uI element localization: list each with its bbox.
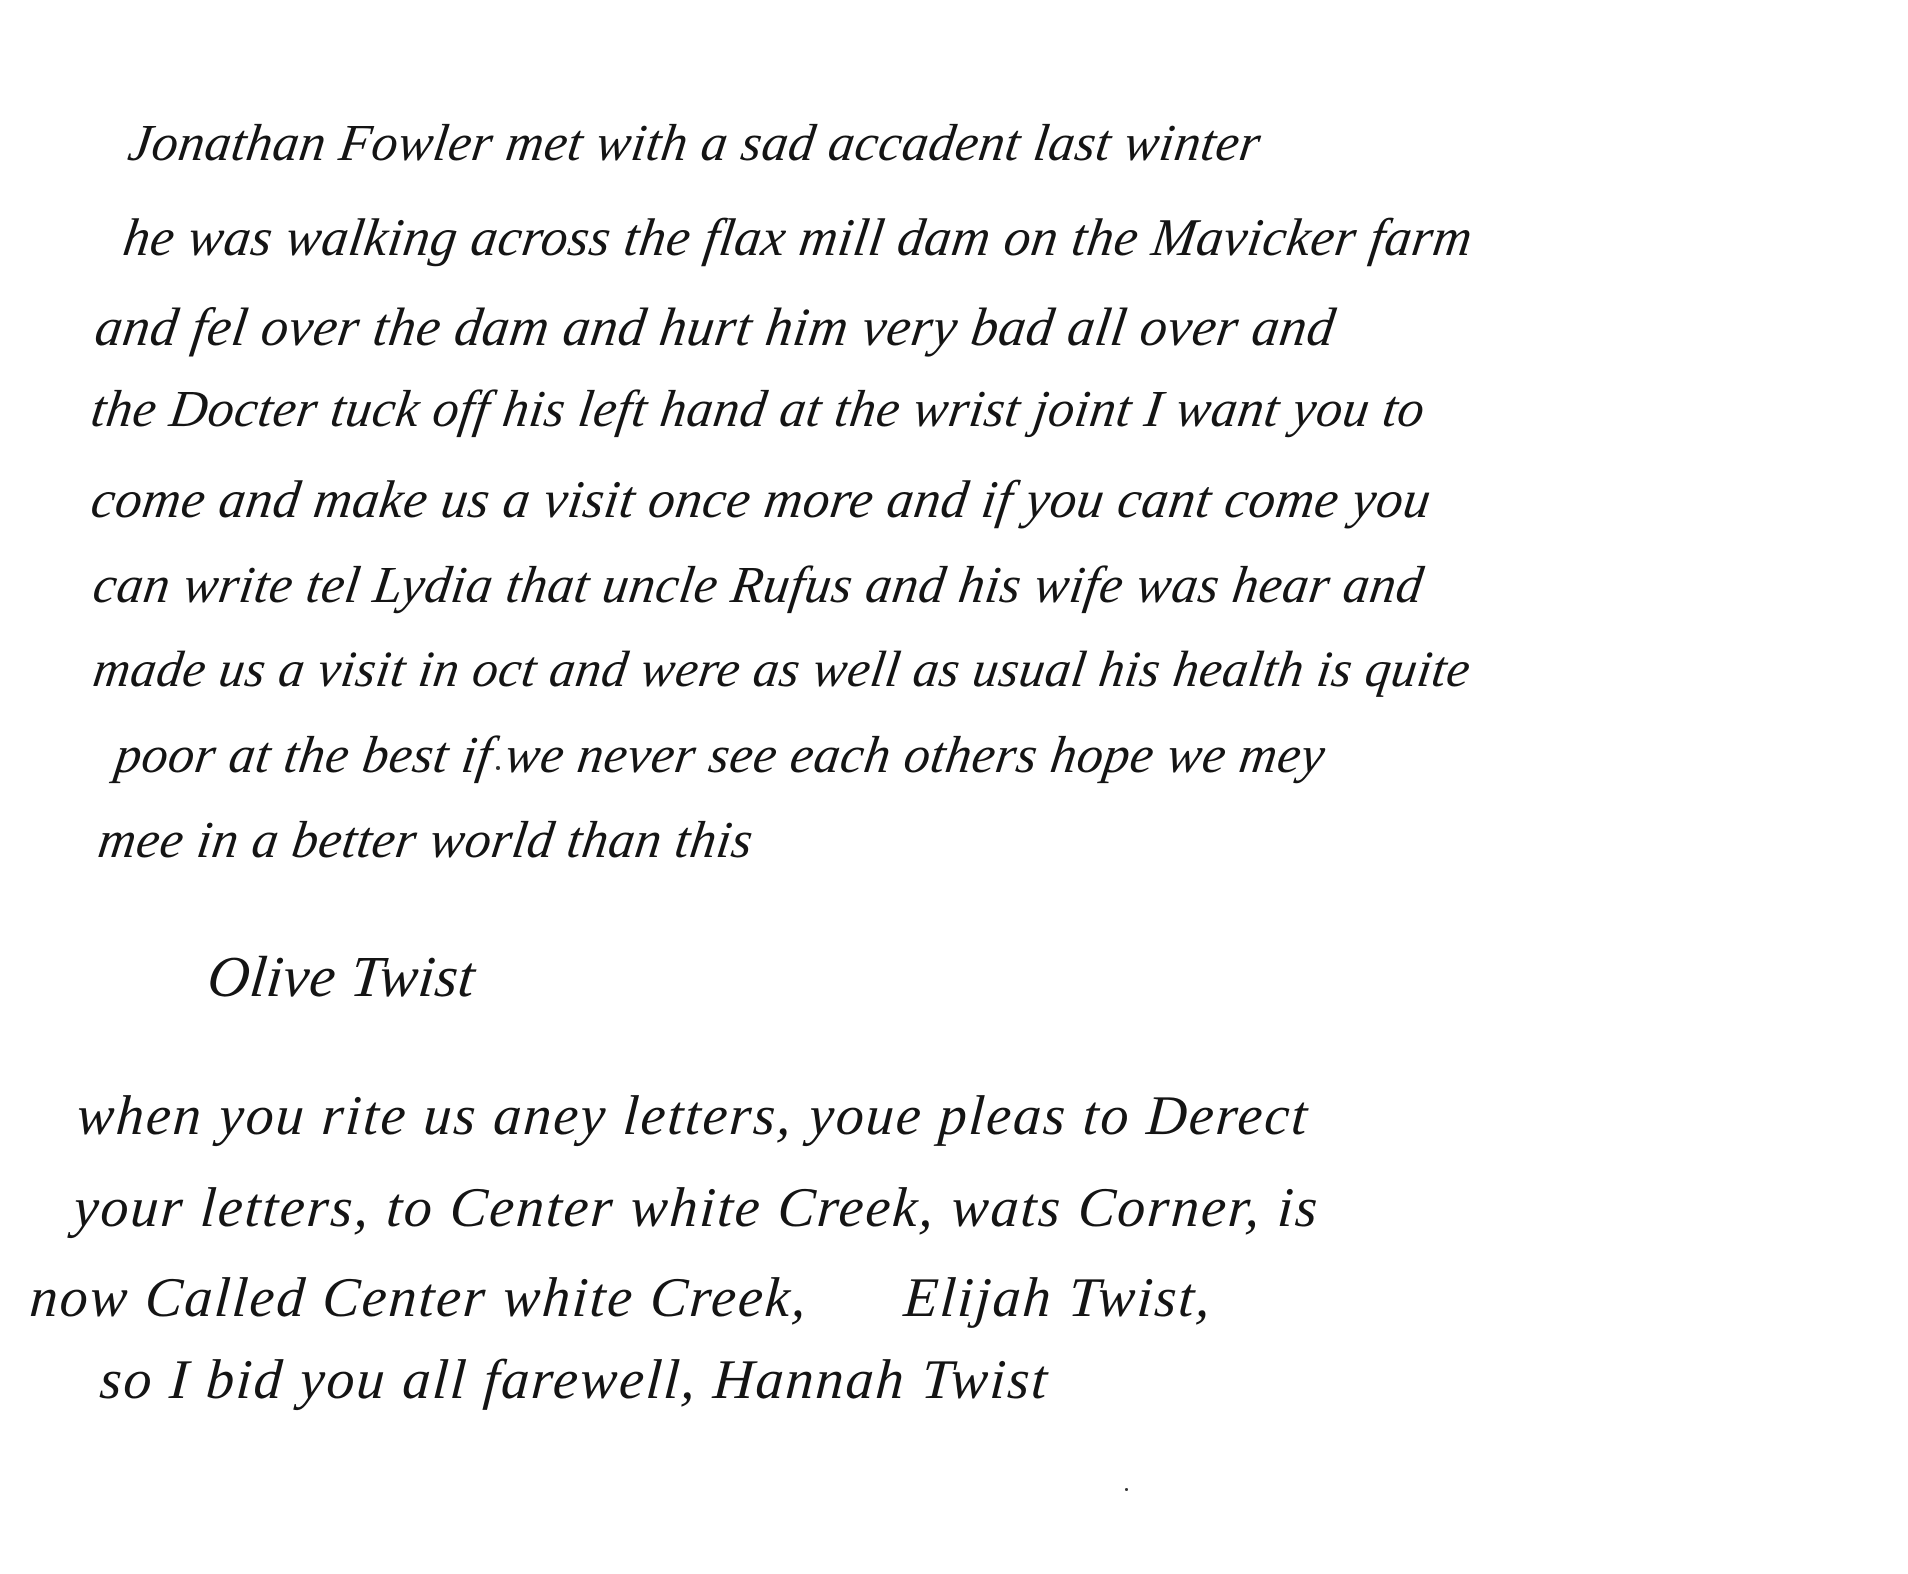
letter-body-line: poor at the best if we never see each ot… [112, 730, 1329, 782]
letter-body-line: Jonathan Fowler met with a sad accadent … [125, 118, 1264, 170]
postscript-line: now Called Center white Creek, Elijah Tw… [28, 1270, 1214, 1326]
letter-body-line: the Docter tuck off his left hand at the… [88, 384, 1428, 436]
postscript-line: when you rite us aney letters, youe plea… [75, 1088, 1311, 1144]
letter-body-line: made us a visit in oct and were as well … [90, 645, 1474, 696]
letter-body-line: he was walking across the flax mill dam … [120, 212, 1476, 265]
letter-body-line: can write tel Lydia that uncle Rufus and… [90, 560, 1427, 612]
postscript-line: so I bid you all farewell, Hannah Twist [98, 1352, 1051, 1408]
letter-body-line: and fel over the dam and hurt him very b… [92, 300, 1339, 354]
ink-speck [496, 766, 500, 770]
signature-olive-twist: Olive Twist [205, 948, 478, 1006]
postscript-line: your letters, to Center white Creek, wat… [72, 1180, 1321, 1236]
ink-speck [1125, 1488, 1128, 1491]
letter-page: Jonathan Fowler met with a sad accadent … [0, 0, 1908, 1574]
letter-body-line: come and make us a visit once more and i… [88, 474, 1434, 527]
letter-body-line: mee in a better world than this [95, 815, 756, 867]
